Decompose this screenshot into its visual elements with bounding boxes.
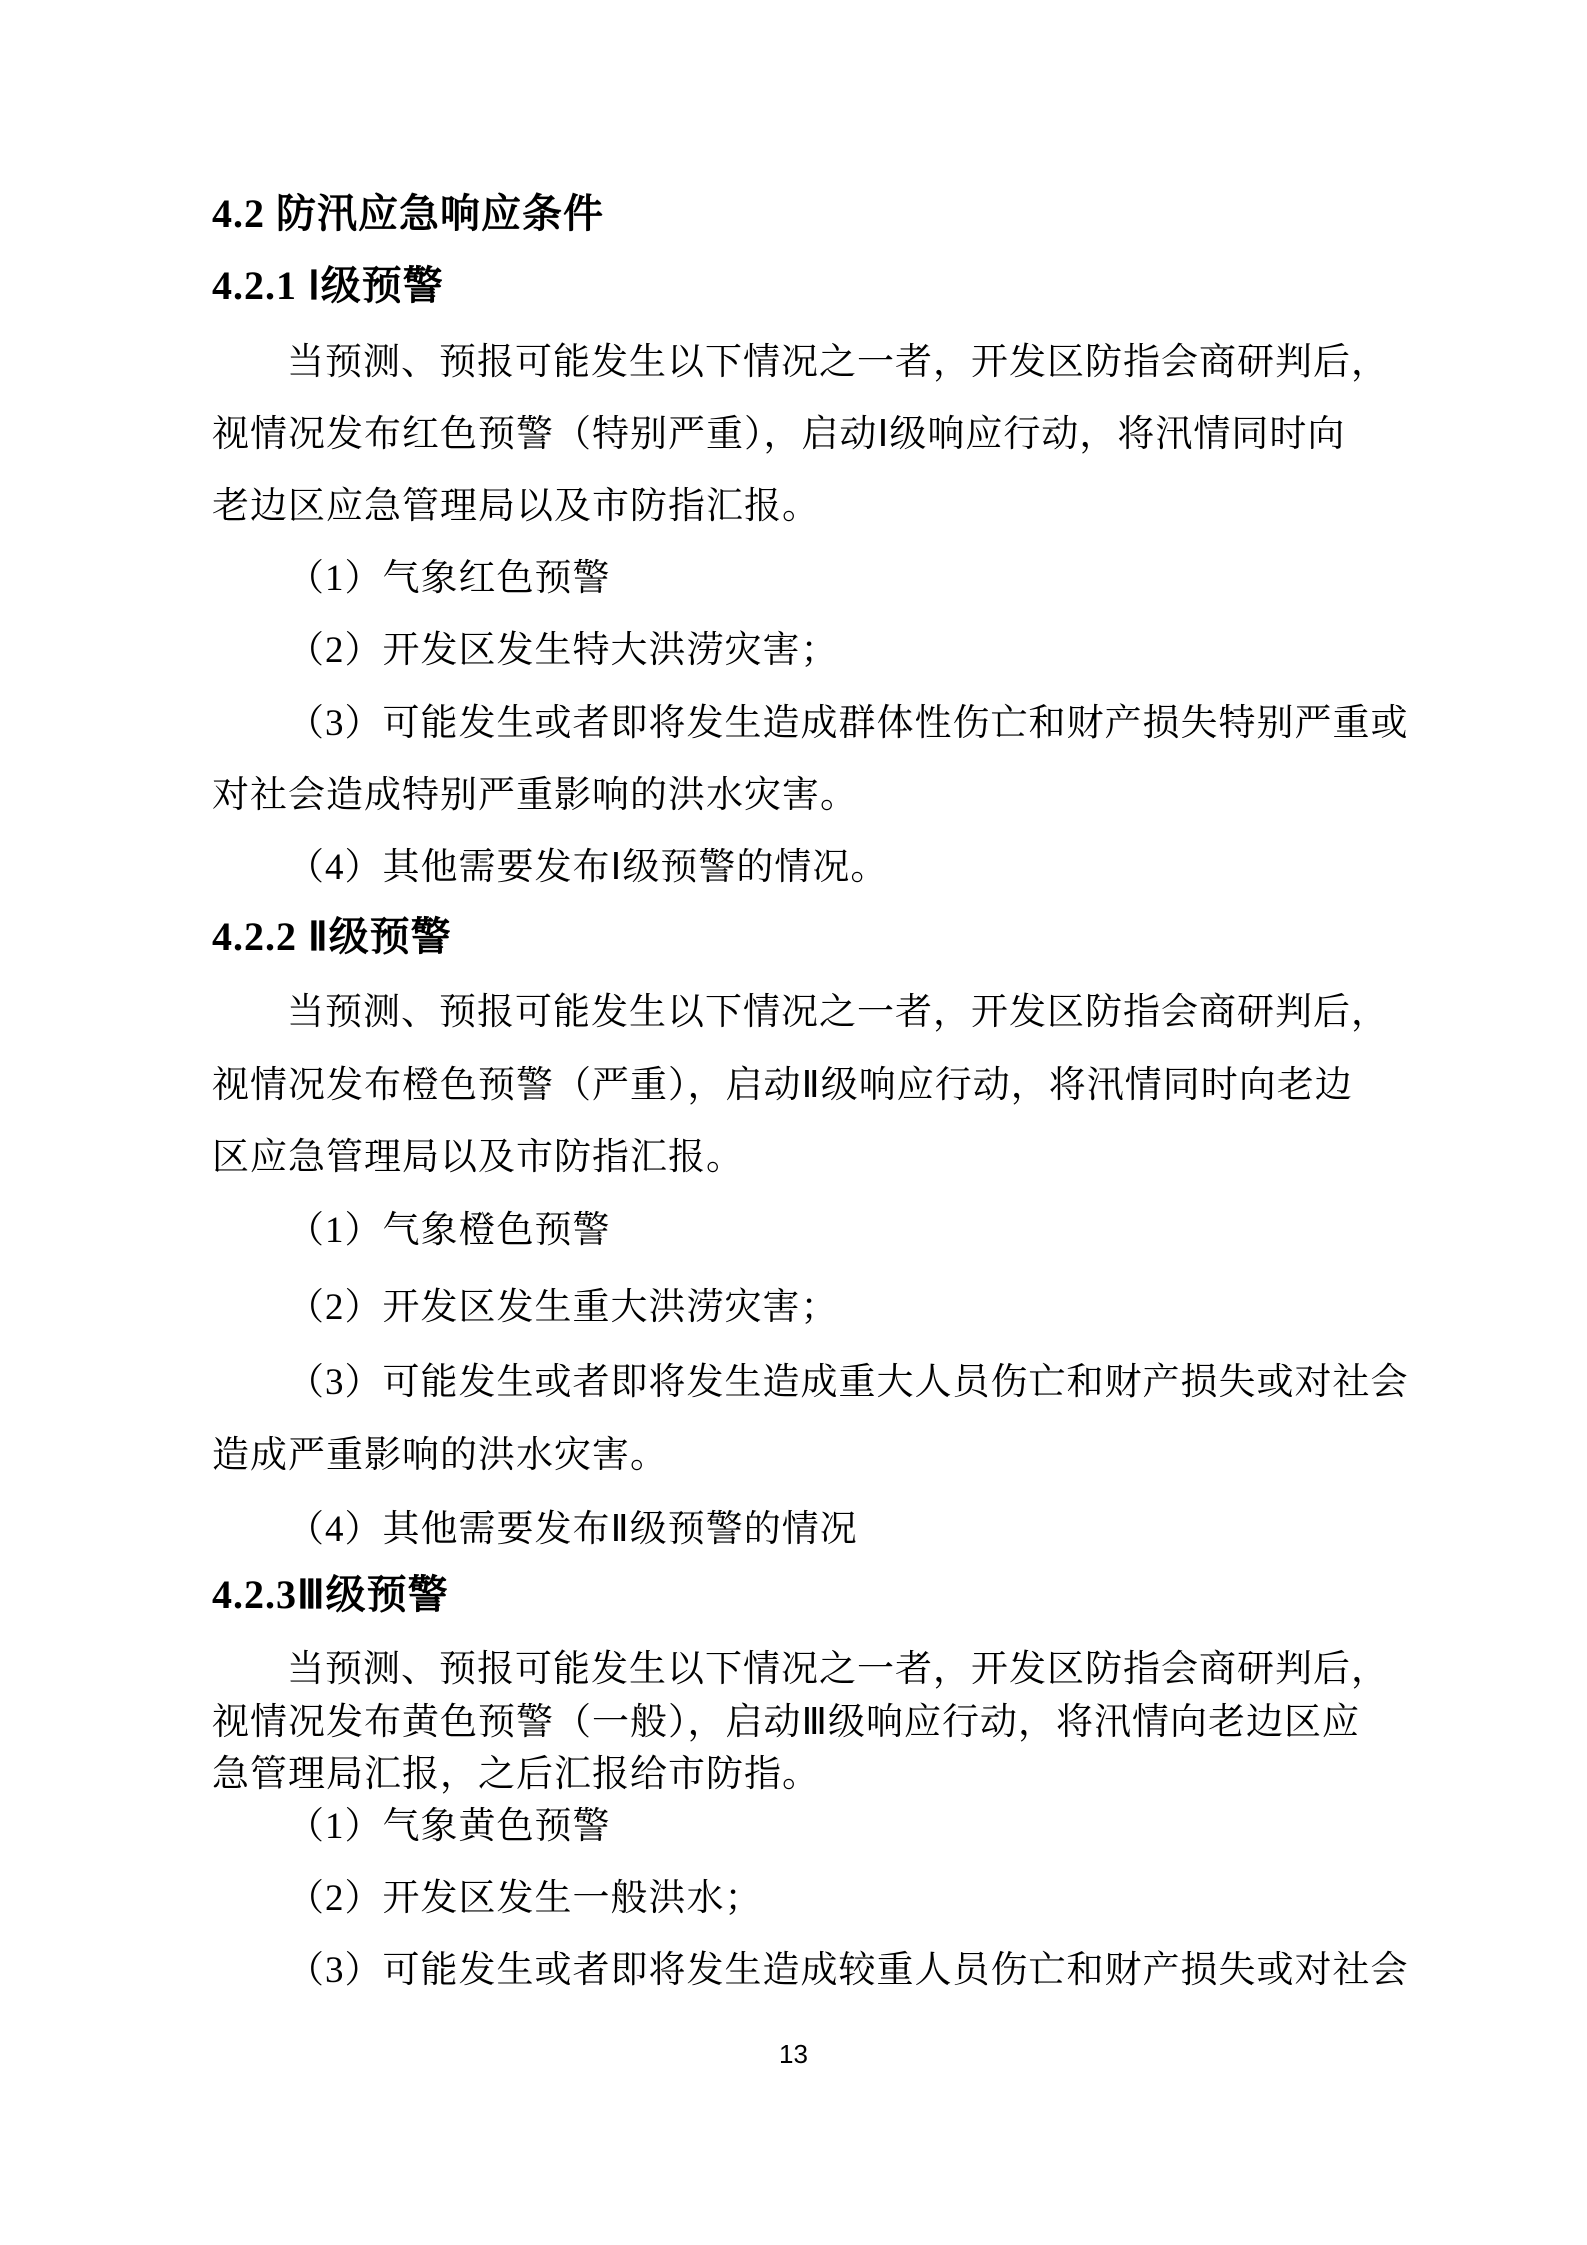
- document-page: 4.2 防汛应急响应条件 4.2.1 Ⅰ级预警 当预测、预报可能发生以下情况之一…: [0, 0, 1587, 2245]
- section-title-4-2: 4.2 防汛应急响应条件: [212, 194, 604, 234]
- paragraph-line: 当预测、预报可能发生以下情况之一者，开发区防指会商研判后，: [287, 1649, 1389, 1692]
- paragraph-line: 视情况发布黄色预警（一般），启动Ⅲ级响应行动，将汛情向老边区应: [212, 1702, 1360, 1745]
- paragraph-line: 急管理局汇报，之后汇报给市防指。: [212, 1754, 820, 1797]
- paragraph-line: 视情况发布红色预警（特别严重），启动Ⅰ级响应行动，将汛情同时向: [212, 414, 1345, 457]
- paragraph-line: 当预测、预报可能发生以下情况之一者，开发区防指会商研判后，: [287, 342, 1389, 385]
- paragraph-line: 老边区应急管理局以及市防指汇报。: [212, 486, 820, 529]
- heading-4-2-3: 4.2.3Ⅲ级预警: [212, 1575, 449, 1615]
- page-number: 13: [0, 2041, 1587, 2067]
- list-item-4: （4）其他需要发布Ⅰ级预警的情况。: [287, 847, 888, 890]
- list-item-3-continuation: 造成严重影响的洪水灾害。: [212, 1435, 668, 1478]
- paragraph-line: 当预测、预报可能发生以下情况之一者，开发区防指会商研判后，: [287, 992, 1389, 1035]
- list-item-1: （1）气象黄色预警: [287, 1806, 611, 1849]
- list-item-3: （3）可能发生或者即将发生造成群体性伤亡和财产损失特别严重或: [287, 703, 1409, 746]
- list-item-3: （3）可能发生或者即将发生造成重大人员伤亡和财产损失或对社会: [287, 1362, 1409, 1405]
- heading-4-2-1: 4.2.1 Ⅰ级预警: [212, 266, 444, 306]
- heading-4-2-2: 4.2.2 Ⅱ级预警: [212, 917, 452, 957]
- list-item-1: （1）气象橙色预警: [287, 1210, 611, 1253]
- paragraph-line: 区应急管理局以及市防指汇报。: [212, 1137, 744, 1180]
- list-item-2: （2）开发区发生特大洪涝灾害；: [287, 630, 839, 673]
- list-item-2: （2）开发区发生一般洪水；: [287, 1878, 763, 1921]
- list-item-3: （3）可能发生或者即将发生造成较重人员伤亡和财产损失或对社会: [287, 1950, 1409, 1993]
- list-item-2: （2）开发区发生重大洪涝灾害；: [287, 1287, 839, 1330]
- paragraph-line: 视情况发布橙色预警（严重），启动Ⅱ级响应行动，将汛情同时向老边: [212, 1065, 1353, 1108]
- list-item-3-continuation: 对社会造成特别严重影响的洪水灾害。: [212, 775, 858, 818]
- list-item-1: （1）气象红色预警: [287, 558, 611, 601]
- list-item-4: （4）其他需要发布Ⅱ级预警的情况: [287, 1509, 858, 1552]
